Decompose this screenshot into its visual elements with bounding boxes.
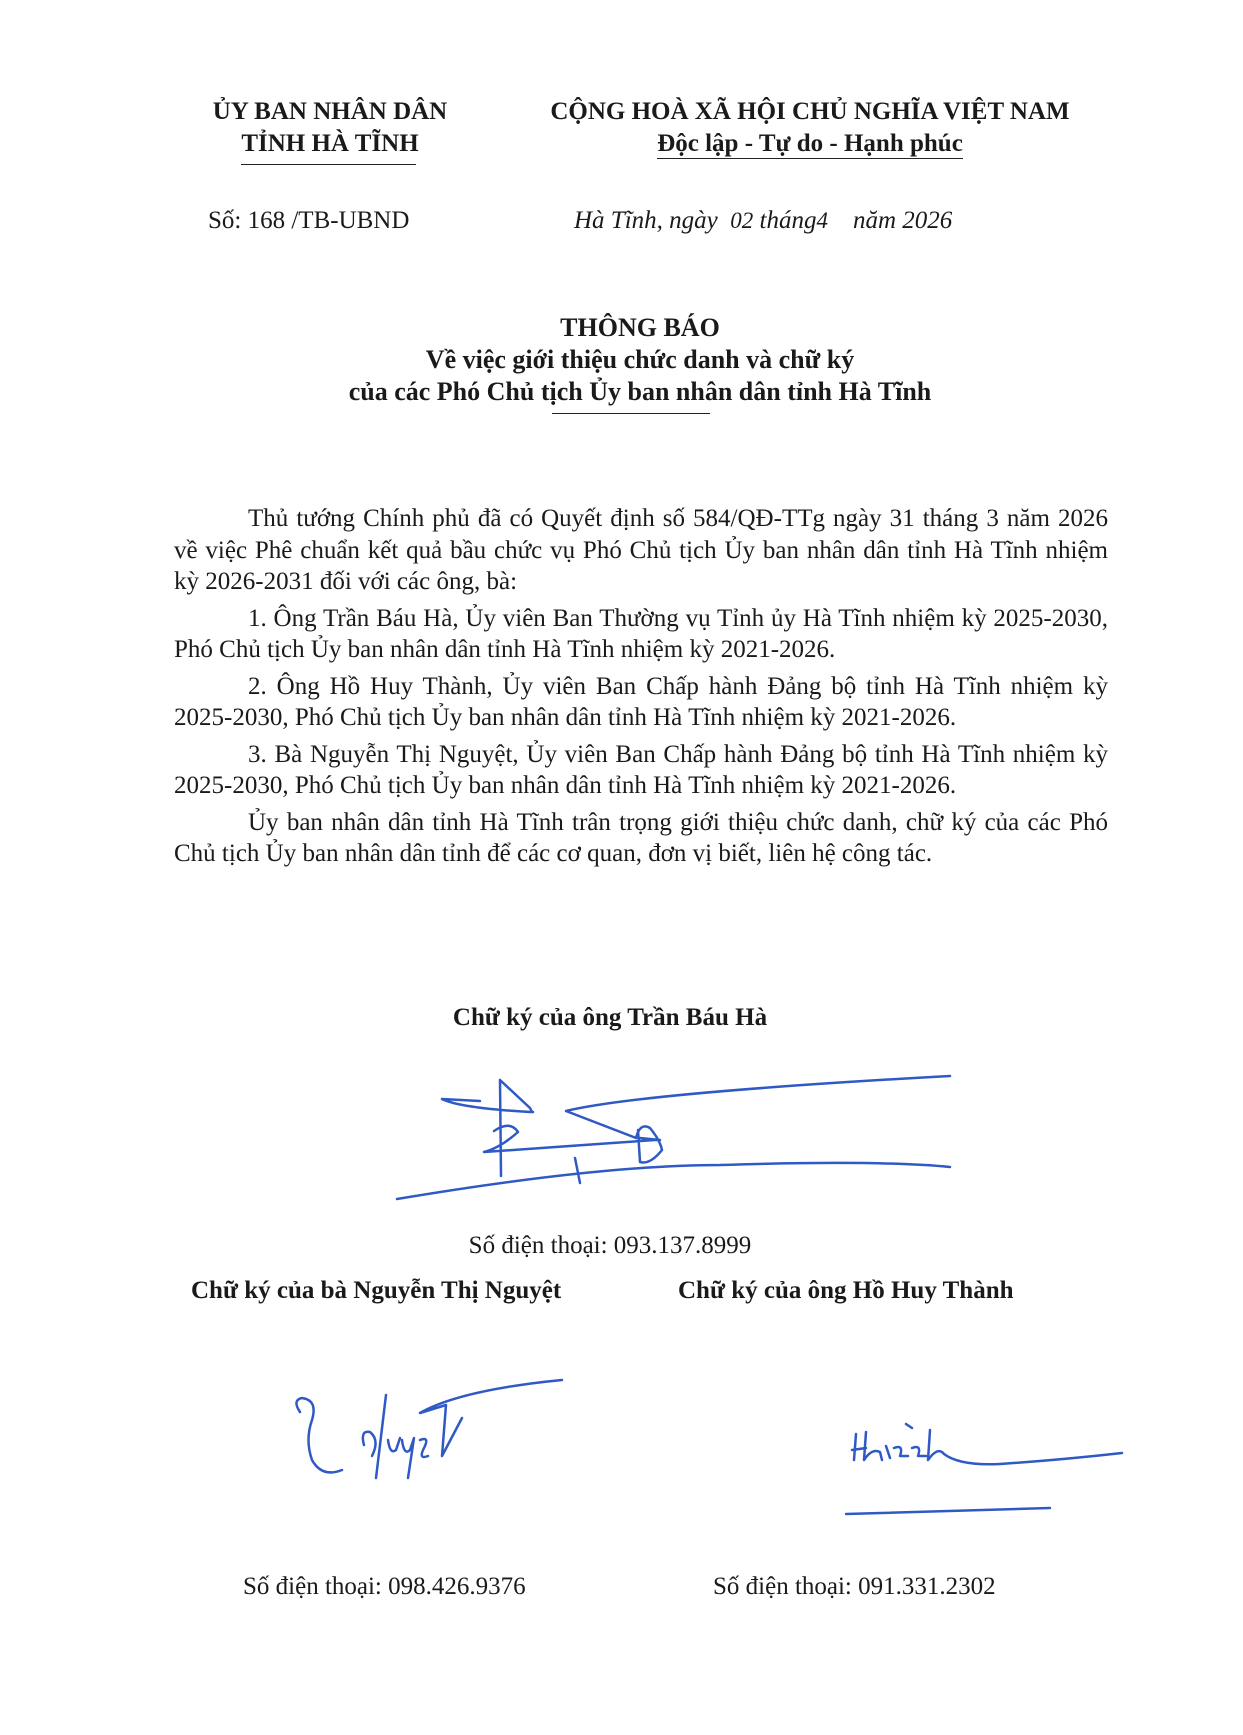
phone-ho-huy-thanh: Số điện thoại: 091.331.2302 xyxy=(713,1573,996,1601)
phone-nguyen-thi-nguyet: Số điện thoại: 098.426.9376 xyxy=(243,1573,526,1601)
signature-image-ho-huy-thanh xyxy=(0,0,1243,1735)
